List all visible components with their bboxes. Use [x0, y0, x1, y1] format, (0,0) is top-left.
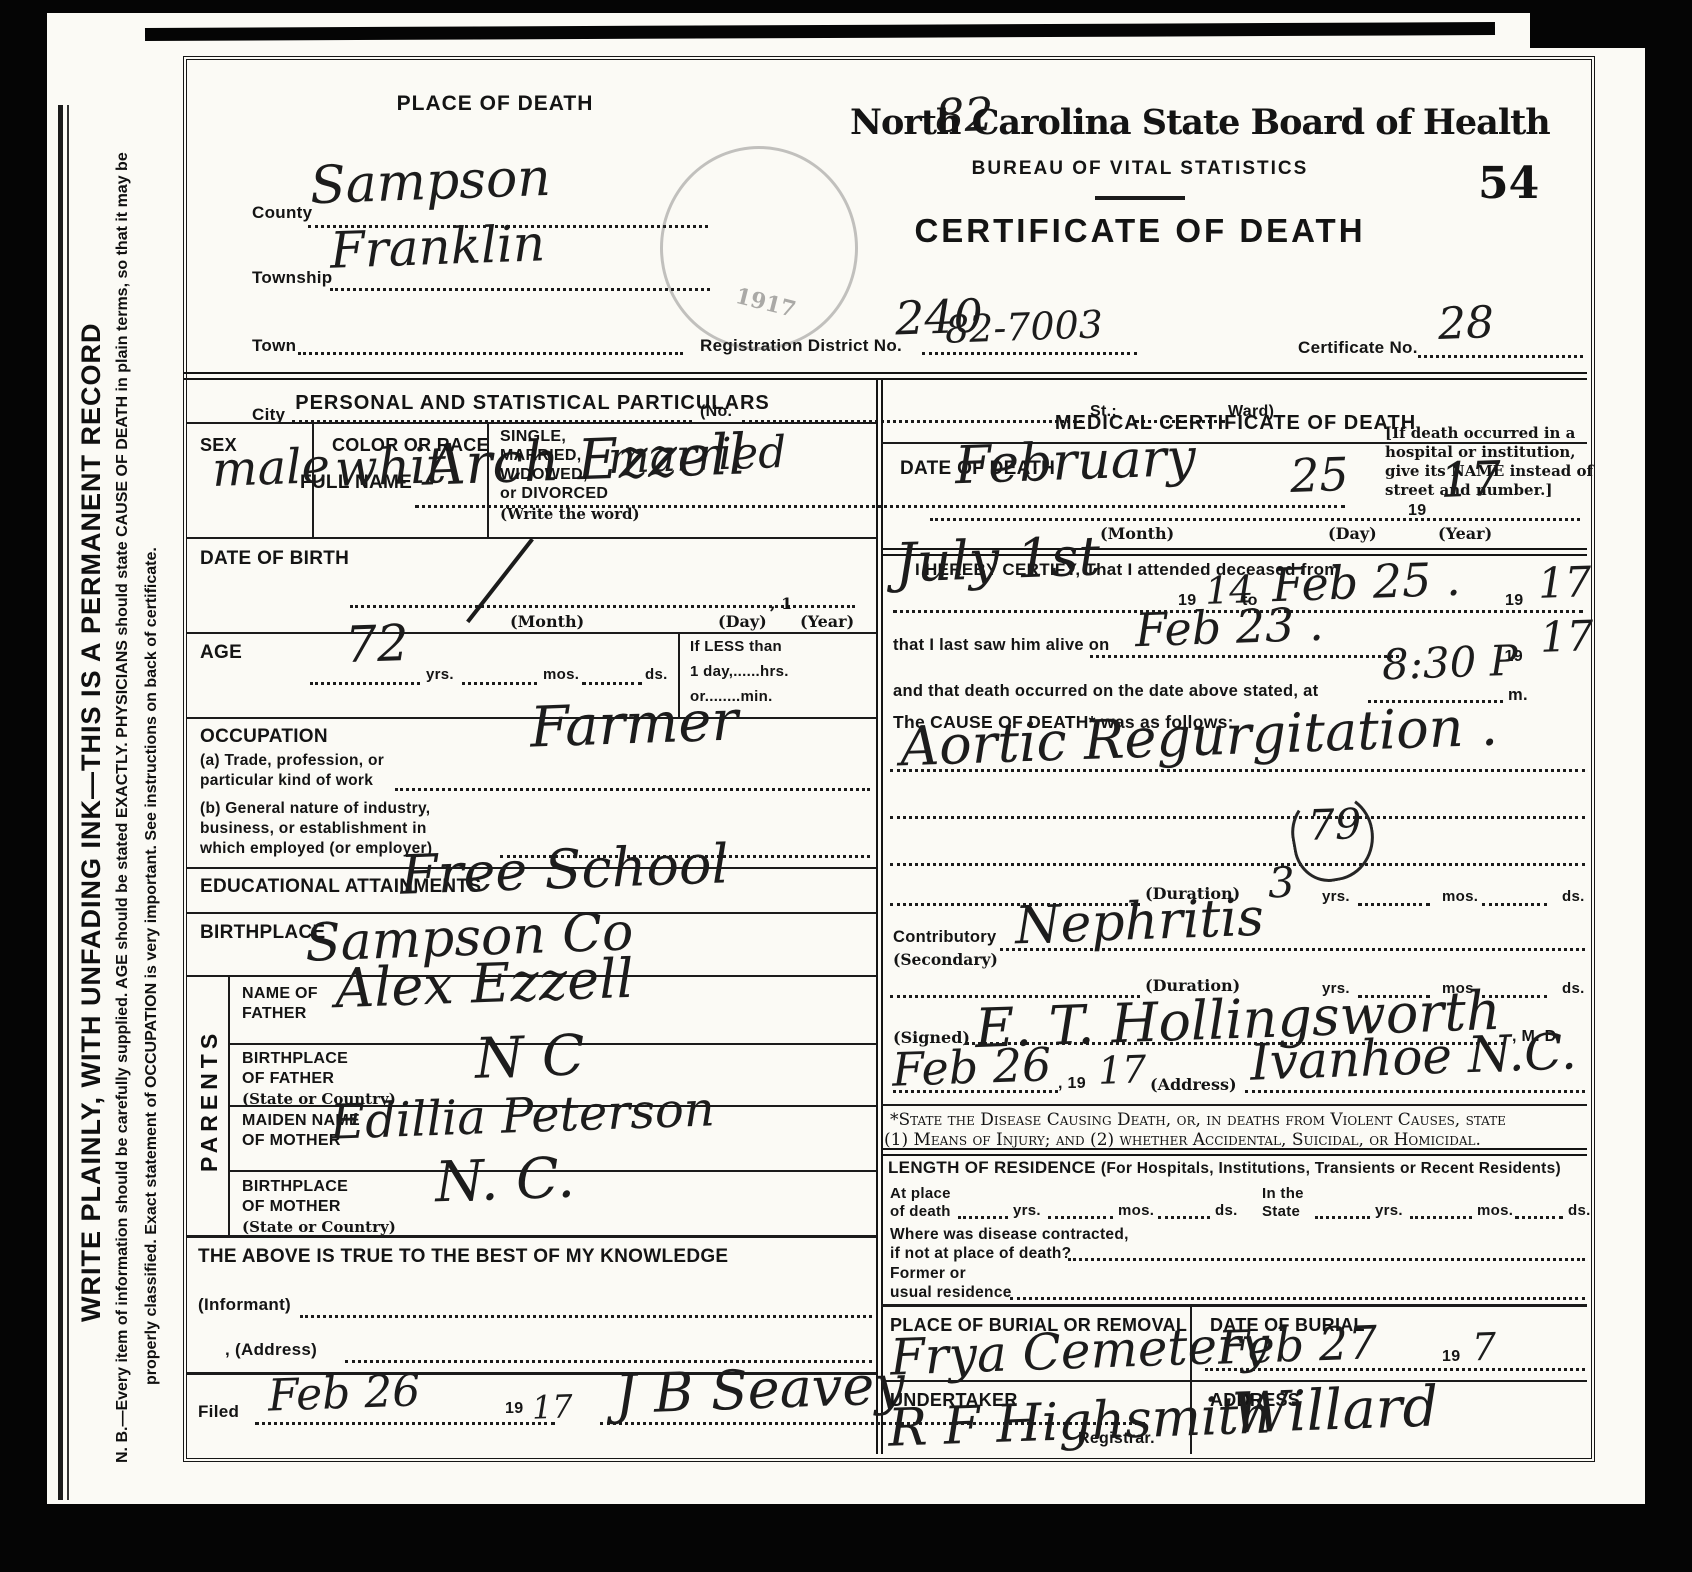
former-line: [1010, 1297, 1585, 1300]
county-value: Sampson: [309, 148, 552, 216]
cause-line-1: [890, 769, 1585, 772]
dod-line: [930, 518, 1580, 521]
residence-divider: [881, 1148, 1587, 1156]
age-yrs-label: yrs.: [426, 666, 454, 683]
death-certificate-scan: WRITE PLAINLY, WITH UNFADING INK—THIS IS…: [0, 0, 1692, 1572]
street-number-value: 240: [894, 288, 984, 345]
attended-from-value: July 1st: [894, 524, 1101, 594]
column-divider: [876, 378, 883, 1454]
father-name-value: Alex Ezzell: [334, 947, 635, 1020]
residence-title-note: (For Hospitals, Institutions, Transients…: [1101, 1160, 1561, 1177]
last-saw-line: [1090, 655, 1405, 658]
margin-warning-text: WRITE PLAINLY, WITH UNFADING INK—THIS IS…: [76, 322, 107, 1322]
undertaker-address-value: Willard: [1231, 1374, 1439, 1446]
dob-month-label: (Month): [510, 612, 584, 631]
margin-nb-line1: N. B.—Every item of information should b…: [114, 152, 132, 1463]
mother-birthplace-value: N. C.: [434, 1146, 576, 1216]
duration-value: 3: [1267, 858, 1295, 908]
age-value: 72: [344, 614, 410, 674]
filed-year-value: 17: [531, 1387, 573, 1426]
contributory-value: Nephritis: [1014, 888, 1265, 957]
res-line-6: [1515, 1216, 1563, 1219]
occupation-b-label-2: business, or establishment in: [200, 820, 427, 838]
township-line: [330, 288, 710, 291]
state-label: State: [1262, 1203, 1300, 1220]
filed-date-value: Feb 26: [267, 1365, 421, 1421]
scan-edge-right: [1645, 0, 1692, 1572]
residence-title: LENGTH OF RESIDENCE (For Hospitals, Inst…: [888, 1158, 1561, 1178]
if-less-label: If LESS than: [690, 638, 782, 655]
truth-statement: THE ABOVE IS TRUE TO THE BEST OF MY KNOW…: [198, 1246, 728, 1268]
age-label: AGE: [200, 642, 242, 664]
informant-address-label: , (Address): [225, 1340, 317, 1360]
place-of-death-heading: PLACE OF DEATH: [330, 92, 660, 116]
occupation-value: Farmer: [529, 688, 739, 760]
header-divider: [183, 372, 1587, 380]
scan-edge-top: [0, 0, 1692, 13]
contracted-label-1: Where was disease contracted,: [890, 1226, 1129, 1244]
marital-label-2: MARRIED,: [500, 447, 582, 465]
former-label-2: usual residence: [890, 1284, 1012, 1302]
parents-label: PARENTS: [196, 1029, 223, 1172]
father-name-label-1: NAME OF: [242, 985, 318, 1003]
date-of-death-month: February: [954, 428, 1197, 496]
contributory-label: Contributory: [893, 928, 997, 947]
informant-line: [300, 1315, 872, 1318]
certificate-no-line: [1418, 355, 1583, 358]
father-birthplace-label-2: OF FATHER: [242, 1070, 334, 1088]
res-line-4: [1315, 1216, 1370, 1219]
res-yrs-1: yrs.: [1013, 1202, 1041, 1219]
residence-title-main: LENGTH OF RESIDENCE: [888, 1158, 1096, 1177]
duration-yrs-label: yrs.: [1322, 888, 1350, 905]
dod-month-label: (Month): [1100, 524, 1174, 543]
personal-section-title: PERSONAL AND STATISTICAL PARTICULARS: [190, 392, 875, 415]
education-value: Free School: [399, 832, 730, 906]
town-line: [298, 352, 683, 355]
marital-note: (Write the word): [500, 505, 640, 523]
page-number: 54: [1478, 158, 1539, 209]
dod-year-label: (Year): [1438, 524, 1492, 543]
occupation-a-label-2: particular kind of work: [200, 772, 373, 790]
registration-district-line: [922, 352, 1137, 355]
marital-label-3: WIDOWED,: [500, 466, 588, 484]
scan-edge-bottom: [0, 1504, 1692, 1572]
contracted-line: [1068, 1258, 1585, 1261]
attended-to-year19-printed: 19: [1505, 592, 1523, 610]
age-line-mos: [462, 682, 537, 685]
filed-line: [255, 1422, 555, 1425]
certificate-no-value: 28: [1437, 297, 1495, 350]
father-birthplace-value: N C: [474, 1023, 586, 1092]
burial-year-value: 7: [1471, 1325, 1497, 1370]
cause-line-2: [890, 816, 1585, 819]
filed-year-printed: 19: [505, 1400, 523, 1418]
cell-divider: [487, 424, 489, 537]
age-ds-label: ds.: [645, 666, 668, 683]
physician-address-label: (Address): [1150, 1075, 1237, 1094]
medical-section-title: MEDICAL CERTIFICATE OF DEATH: [884, 412, 1587, 435]
occupation-b-label-3: which employed (or employer): [200, 840, 432, 858]
date-of-death-day: 25: [1289, 447, 1349, 503]
last-saw-year: 17: [1539, 611, 1594, 662]
contributory-line: [1000, 948, 1585, 951]
age-mos-label: mos.: [543, 666, 579, 683]
physician-address-line: [1245, 1090, 1585, 1093]
attended-to-year: 17: [1537, 557, 1592, 608]
res-mos-2: mos.: [1477, 1202, 1513, 1219]
duration-ds-label: ds.: [1562, 888, 1585, 905]
res-line-3: [1158, 1216, 1210, 1219]
res-line-1: [958, 1216, 1008, 1219]
margin-nb-line2: properly classified. Exact statement of …: [143, 547, 161, 1385]
father-name-label-2: FATHER: [242, 1005, 307, 1023]
scan-edge-left: [0, 0, 47, 1572]
dod-day-label: (Day): [1328, 524, 1377, 543]
death-time-m-label: m.: [1508, 686, 1528, 705]
cause-line-3: [890, 863, 1585, 866]
mother-state-note: (State or Country): [242, 1218, 396, 1236]
duration2-ds-label: ds.: [1562, 980, 1585, 997]
father-birthplace-label-1: BIRTHPLACE: [242, 1050, 348, 1068]
former-label-1: Former or: [890, 1265, 966, 1283]
dob-label: DATE OF BIRTH: [200, 548, 349, 570]
signed-date-line: [893, 1090, 1058, 1093]
contracted-label-2: if not at place of death?: [890, 1245, 1071, 1263]
age-line-ds: [582, 682, 642, 685]
burial-year19-printed: 19: [1442, 1348, 1460, 1366]
signed-year-value: 17: [1097, 1047, 1147, 1093]
physician-address-value: Ivanhoe N.C.: [1249, 1022, 1577, 1091]
occupation-b-label-1: (b) General nature of industry,: [200, 800, 430, 818]
mother-name-label-2: OF MOTHER: [242, 1132, 341, 1150]
marital-label-1: SINGLE,: [500, 428, 566, 446]
mother-birthplace-label-1: BIRTHPLACE: [242, 1178, 348, 1196]
bureau-title: BUREAU OF VITAL STATISTICS: [850, 158, 1430, 180]
received-stamp: [660, 146, 858, 350]
at-place-label-1: At place: [890, 1185, 951, 1202]
footnote-line-2: (1) Means of Injury; and (2) whether Acc…: [884, 1130, 1481, 1150]
occupation-a-label-1: (a) Trade, profession, or: [200, 752, 384, 770]
burial-date-value: Feb 27: [1217, 1315, 1378, 1375]
color-race-value: whit: [334, 436, 447, 498]
last-saw-label: that I last saw him alive on: [893, 636, 1110, 655]
death-time-value: 8:30 P: [1381, 636, 1519, 690]
row-line: [187, 422, 876, 424]
in-the-label: In the: [1262, 1185, 1304, 1202]
res-ds-2: ds.: [1568, 1202, 1591, 1219]
last-saw-value: Feb 23 .: [1134, 597, 1324, 658]
page-fold-line: [58, 105, 63, 1500]
occupation-label: OCCUPATION: [200, 726, 328, 748]
res-line-5: [1410, 1216, 1472, 1219]
scan-corner-topright: [1530, 0, 1692, 48]
dob-day-label: (Day): [718, 612, 767, 631]
town-label: Town: [252, 336, 296, 356]
row-line: [187, 632, 876, 634]
township-label: Township: [252, 268, 332, 288]
cause-code-value: 79: [1307, 799, 1362, 850]
at-place-label-2: of death: [890, 1203, 951, 1220]
cell-divider: [312, 424, 314, 537]
signed-year19-printed: , 19: [1058, 1075, 1086, 1093]
burial-date-line: [1205, 1368, 1585, 1371]
title-rule: [1095, 196, 1185, 200]
duration-line-3: [1482, 903, 1547, 906]
signed-date-value: Feb 26: [891, 1037, 1052, 1097]
res-yrs-2: yrs.: [1375, 1202, 1403, 1219]
footnote-rule: [881, 1104, 1587, 1106]
dob-year-one: , 1: [770, 594, 792, 613]
res-mos-1: mos.: [1118, 1202, 1154, 1219]
marital-value: married: [607, 427, 787, 484]
page-fold-line-2: [67, 105, 69, 1500]
res-ds-1: ds.: [1215, 1202, 1238, 1219]
mother-birthplace-label-2: OF MOTHER: [242, 1198, 341, 1216]
row-line-thick: [187, 1235, 876, 1238]
board-title: North Carolina State Board of Health: [850, 102, 1430, 143]
secondary-label: (Secondary): [893, 950, 998, 969]
dob-year-label: (Year): [800, 612, 854, 631]
registrar-signature: J B Seavey: [614, 1353, 906, 1426]
duration-line-2: [1358, 903, 1430, 906]
informant-label: (Informant): [198, 1295, 291, 1315]
res-line-2: [1048, 1216, 1113, 1219]
burial-grid-top: [881, 1304, 1587, 1307]
one-day-label: 1 day,......hrs.: [690, 663, 789, 680]
date-of-death-year: 17: [1439, 451, 1502, 509]
duration-mos-label: mos.: [1442, 888, 1478, 905]
footnote-line-1: *State the Disease Causing Death, or, in…: [890, 1110, 1506, 1130]
death-occurred-label: and that death occurred on the date abov…: [893, 682, 1318, 701]
occupation-a-line: [395, 788, 870, 791]
county-label: County: [252, 203, 312, 223]
filed-label: Filed: [198, 1402, 239, 1422]
certificate-no-label: Certificate No.: [1298, 338, 1418, 358]
age-line-yrs: [310, 682, 420, 685]
township-value: Franklin: [329, 214, 546, 279]
marital-label-4: or DIVORCED: [500, 485, 608, 503]
certificate-title: CERTIFICATE OF DEATH: [850, 212, 1430, 250]
